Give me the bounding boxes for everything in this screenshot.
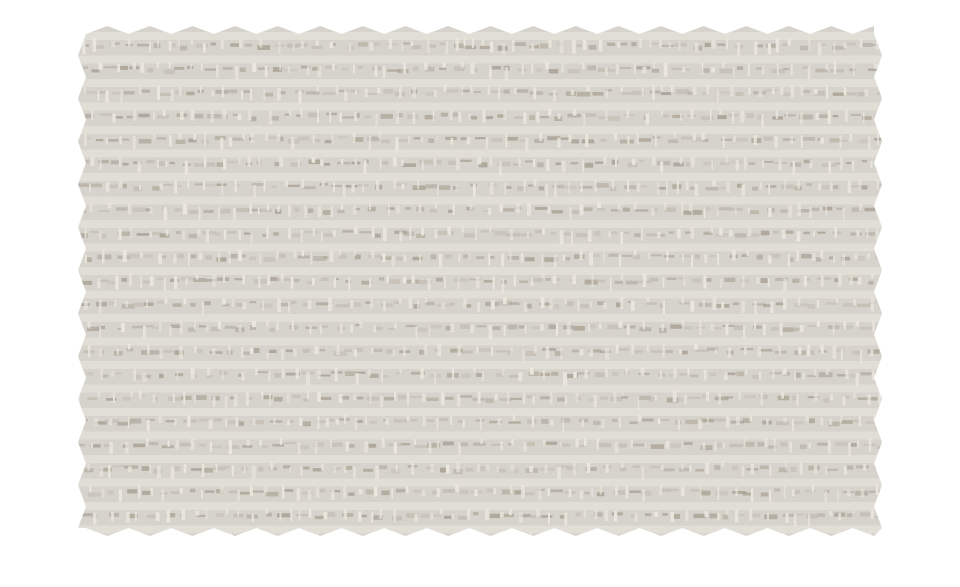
fabric-swatch [78,26,882,536]
fabric-swatch-image [78,26,882,536]
